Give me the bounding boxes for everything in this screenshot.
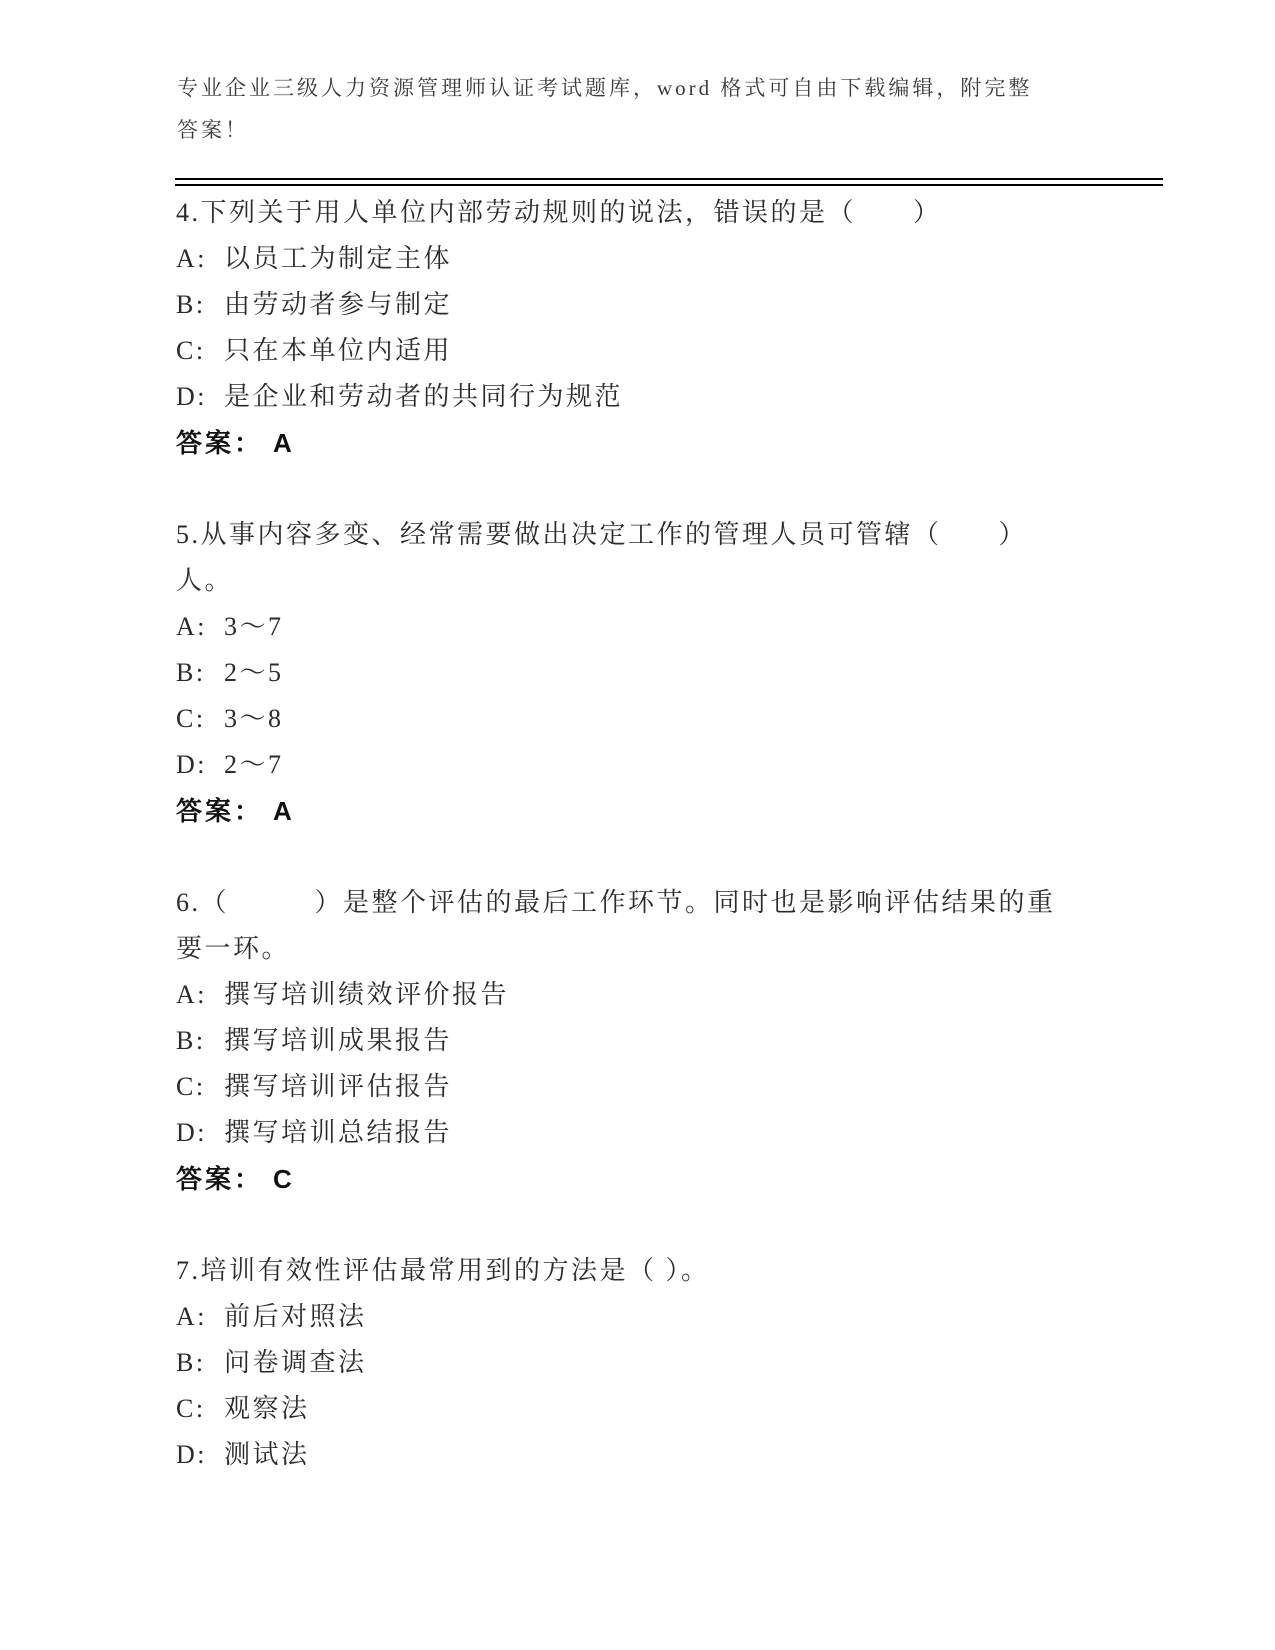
option-text: 前后对照法 bbox=[224, 1302, 367, 1331]
question-text-line: 4.下列关于用人单位内部劳动规则的说法，错误的是（ ） bbox=[176, 190, 1196, 236]
option-label: C: bbox=[176, 1064, 224, 1110]
option-label: A: bbox=[176, 972, 224, 1018]
option-label: C: bbox=[176, 328, 224, 374]
answer-label: 答案： bbox=[176, 1164, 263, 1194]
option-label: B: bbox=[176, 1340, 224, 1386]
question-text-line: 人。 bbox=[176, 558, 1196, 604]
option-text: 测试法 bbox=[224, 1440, 310, 1469]
option-label: A: bbox=[176, 1294, 224, 1340]
question-block-6: 6.（ ）是整个评估的最后工作环节。同时也是影响评估结果的重要一环。A:撰写培训… bbox=[176, 880, 1196, 1202]
option-label: B: bbox=[176, 282, 224, 328]
question-text-line: 5.从事内容多变、经常需要做出决定工作的管理人员可管辖（ ） bbox=[176, 512, 1196, 558]
question-block-4: 4.下列关于用人单位内部劳动规则的说法，错误的是（ ）A:以员工为制定主体B:由… bbox=[176, 190, 1196, 466]
option-label: D: bbox=[176, 374, 224, 420]
option-text: 观察法 bbox=[224, 1394, 310, 1423]
option-text: 只在本单位内适用 bbox=[224, 336, 452, 365]
option-text: 2～5 bbox=[224, 658, 284, 687]
option-row: C:观察法 bbox=[176, 1386, 1196, 1432]
option-text: 撰写培训总结报告 bbox=[224, 1118, 452, 1147]
answer-label: 答案： bbox=[176, 796, 263, 826]
answer-value: A bbox=[273, 796, 295, 826]
option-row: C:只在本单位内适用 bbox=[176, 328, 1196, 374]
option-row: B:问卷调查法 bbox=[176, 1340, 1196, 1386]
option-label: A: bbox=[176, 604, 224, 650]
option-row: B:2～5 bbox=[176, 650, 1196, 696]
answer-value: A bbox=[273, 428, 295, 458]
option-text: 3～8 bbox=[224, 704, 284, 733]
option-row: A:以员工为制定主体 bbox=[176, 236, 1196, 282]
question-block-5: 5.从事内容多变、经常需要做出决定工作的管理人员可管辖（ ）人。A:3～7B:2… bbox=[176, 512, 1196, 834]
option-text: 2～7 bbox=[224, 750, 284, 779]
option-row: D:2～7 bbox=[176, 742, 1196, 788]
header-divider-rule bbox=[175, 178, 1163, 186]
option-row: B:撰写培训成果报告 bbox=[176, 1018, 1196, 1064]
option-text: 撰写培训绩效评价报告 bbox=[224, 980, 509, 1009]
option-row: D:是企业和劳动者的共同行为规范 bbox=[176, 374, 1196, 420]
question-text-line: 7.培训有效性评估最常用到的方法是（ ）。 bbox=[176, 1248, 1196, 1294]
question-block-7: 7.培训有效性评估最常用到的方法是（ ）。A:前后对照法B:问卷调查法C:观察法… bbox=[176, 1248, 1196, 1478]
option-text: 撰写培训成果报告 bbox=[224, 1026, 452, 1055]
answer-row: 答案：C bbox=[176, 1156, 1196, 1202]
header-line-2: 答案！ bbox=[177, 109, 1167, 151]
option-label: D: bbox=[176, 742, 224, 788]
option-text: 3～7 bbox=[224, 612, 284, 641]
questions-container: 4.下列关于用人单位内部劳动规则的说法，错误的是（ ）A:以员工为制定主体B:由… bbox=[176, 190, 1196, 1524]
answer-row: 答案：A bbox=[176, 788, 1196, 834]
option-label: D: bbox=[176, 1110, 224, 1156]
option-label: B: bbox=[176, 1018, 224, 1064]
option-label: C: bbox=[176, 1386, 224, 1432]
option-row: A:撰写培训绩效评价报告 bbox=[176, 972, 1196, 1018]
option-row: D:测试法 bbox=[176, 1432, 1196, 1478]
answer-row: 答案：A bbox=[176, 420, 1196, 466]
option-text: 是企业和劳动者的共同行为规范 bbox=[224, 382, 623, 411]
option-text: 问卷调查法 bbox=[224, 1348, 367, 1377]
option-row: B:由劳动者参与制定 bbox=[176, 282, 1196, 328]
option-row: A:3～7 bbox=[176, 604, 1196, 650]
option-label: A: bbox=[176, 236, 224, 282]
header-line-1: 专业企业三级人力资源管理师认证考试题库，word 格式可自由下载编辑，附完整 bbox=[177, 67, 1167, 109]
question-text-line: 6.（ ）是整个评估的最后工作环节。同时也是影响评估结果的重 bbox=[176, 880, 1196, 926]
option-label: B: bbox=[176, 650, 224, 696]
option-label: D: bbox=[176, 1432, 224, 1478]
option-label: C: bbox=[176, 696, 224, 742]
option-text: 由劳动者参与制定 bbox=[224, 290, 452, 319]
document-page: 专业企业三级人力资源管理师认证考试题库，word 格式可自由下载编辑，附完整 答… bbox=[0, 0, 1275, 1650]
question-text-line: 要一环。 bbox=[176, 926, 1196, 972]
answer-value: C bbox=[273, 1164, 295, 1194]
option-row: A:前后对照法 bbox=[176, 1294, 1196, 1340]
option-text: 撰写培训评估报告 bbox=[224, 1072, 452, 1101]
option-row: C:撰写培训评估报告 bbox=[176, 1064, 1196, 1110]
page-header: 专业企业三级人力资源管理师认证考试题库，word 格式可自由下载编辑，附完整 答… bbox=[177, 67, 1167, 151]
option-row: D:撰写培训总结报告 bbox=[176, 1110, 1196, 1156]
option-text: 以员工为制定主体 bbox=[224, 244, 452, 273]
answer-label: 答案： bbox=[176, 428, 263, 458]
option-row: C:3～8 bbox=[176, 696, 1196, 742]
